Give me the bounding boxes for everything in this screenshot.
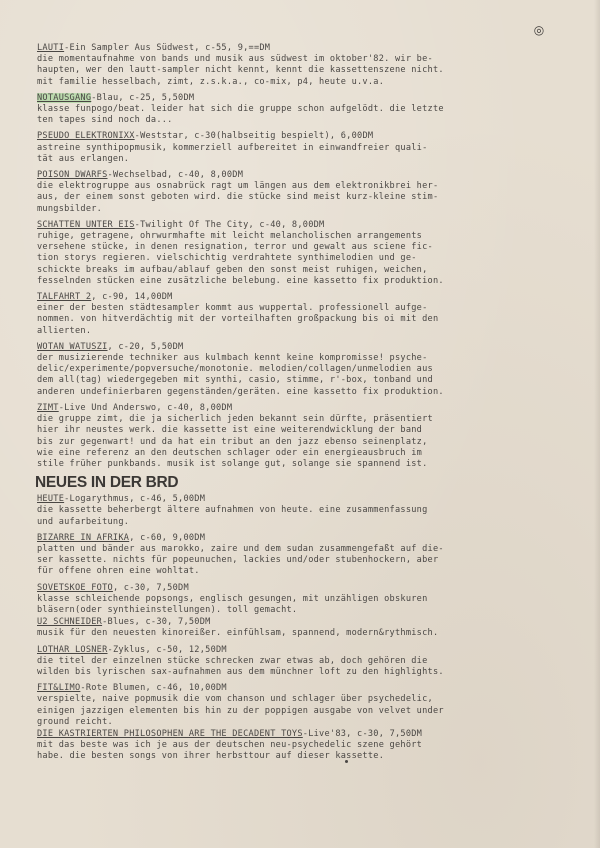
description-line: habe. die besten songs von ihrer herbstt… (37, 751, 577, 762)
artist-name: TALFAHRT 2 (37, 292, 91, 302)
entry-heading: ZIMT-Live Und Anderswo, c-40, 8,00DM (37, 403, 577, 414)
scanned-page: ◎ LAUTI-Ein Sampler Aus Südwest, c-55, 9… (0, 0, 600, 848)
entry-heading: POISON DWARFS-Wechselbad, c-40, 8,00DM (37, 170, 577, 181)
entry-heading: LOTHAR LOSNER-Zyklus, c-50, 12,50DM (37, 645, 577, 656)
artist-name: PSEUDO ELEKTRONIXX (37, 131, 135, 141)
entry-heading: DIE KASTRIERTEN PHILOSOPHEN ARE THE DECA… (37, 729, 577, 740)
description-line: und aufarbeitung. (37, 517, 577, 528)
entry-heading: SOVETSKOE FOTO, c-30, 7,50DM (37, 583, 577, 594)
entry-heading: FIT&LIMO-Rote Blumen, c-46, 10,00DM (37, 683, 577, 694)
description-line: die gruppe zimt, die ja sicherlich jeden… (37, 414, 577, 425)
entry-heading: U2 SCHNEIDER-Blues, c-30, 7,50DM (37, 617, 577, 628)
page-number-mark: ◎ (532, 24, 546, 36)
cassette-entry: PSEUDO ELEKTRONIXX-Weststar, c-30(halbse… (37, 131, 577, 165)
cassette-entry: DIE KASTRIERTEN PHILOSOPHEN ARE THE DECA… (37, 729, 577, 763)
description-line: der musizierende techniker aus kulmbach … (37, 353, 577, 364)
description-line: astreine synthipopmusik, kommerziell auf… (37, 143, 577, 154)
description-line: verspielte, naive popmusik die vom chans… (37, 694, 577, 705)
release-details: -Live Und Anderswo, c-40, 8,00DM (59, 403, 233, 413)
release-details: -Zyklus, c-50, 12,50DM (108, 645, 227, 655)
description-line: hier ihr neustes werk. die kassette ist … (37, 425, 577, 436)
description-line: mit das beste was ich je aus der deutsch… (37, 740, 577, 751)
artist-name: BIZARRE IN AFRIKA (37, 533, 129, 543)
release-details: -Logarythmus, c-46, 5,00DM (64, 494, 205, 504)
entry-heading: PSEUDO ELEKTRONIXX-Weststar, c-30(halbse… (37, 131, 577, 142)
description-line: aus, der einem sonst geboten wird. die s… (37, 192, 577, 203)
description-line: versehene stücke, in denen resignation, … (37, 242, 577, 253)
cassette-list: LAUTI-Ein Sampler Aus Südwest, c-55, 9,=… (37, 43, 577, 470)
description-line: bläsern(oder synthieinstellungen). toll … (37, 605, 577, 616)
catalog-content: LAUTI-Ein Sampler Aus Südwest, c-55, 9,=… (37, 43, 577, 768)
description-line: anderen undefinierbaren gegenständen/ger… (37, 387, 577, 398)
entry-heading: HEUTE-Logarythmus, c-46, 5,00DM (37, 494, 577, 505)
section-title: NEUES IN DER BRD (35, 475, 577, 491)
entry-heading: TALFAHRT 2, c-90, 14,00DM (37, 292, 577, 303)
release-details: -Blau, c-25, 5,50DM (91, 93, 194, 103)
release-details: , c-20, 5,50DM (108, 342, 184, 352)
entry-heading: SCHATTEN UNTER EIS-Twilight Of The City,… (37, 220, 577, 231)
description-line: für offene ohren eine wohltat. (37, 566, 577, 577)
release-details: , c-30, 7,50DM (113, 583, 189, 593)
description-line: schickte breaks im aufbau/ablauf geben d… (37, 265, 577, 276)
entry-heading: NOTAUSGANG-Blau, c-25, 5,50DM (37, 93, 577, 104)
artist-name: U2 SCHNEIDER (37, 617, 102, 627)
entry-heading: LAUTI-Ein Sampler Aus Südwest, c-55, 9,=… (37, 43, 577, 54)
artist-name: SCHATTEN UNTER EIS (37, 220, 135, 230)
artist-name: DIE KASTRIERTEN PHILOSOPHEN ARE THE DECA… (37, 729, 303, 739)
release-details: -Wechselbad, c-40, 8,00DM (108, 170, 244, 180)
cassette-entry: NOTAUSGANG-Blau, c-25, 5,50DMklasse funp… (37, 93, 577, 127)
page-edge-shadow (594, 0, 600, 848)
release-details: -Blues, c-30, 7,50DM (102, 617, 210, 627)
description-line: die kassette beherbergt ältere aufnahmen… (37, 505, 577, 516)
description-line: allierten. (37, 326, 577, 337)
description-line: dem all(tag) wiedergegeben mit synthi, c… (37, 375, 577, 386)
cassette-entry: LAUTI-Ein Sampler Aus Südwest, c-55, 9,=… (37, 43, 577, 88)
description-line: die momentaufnahme von bands und musik a… (37, 54, 577, 65)
description-line: fesselnden stücken eine zusätzliche bele… (37, 276, 577, 287)
artist-name: SOVETSKOE FOTO (37, 583, 113, 593)
release-details: -Weststar, c-30(halbseitig bespielt), 6,… (135, 131, 374, 141)
ink-dot (345, 760, 348, 763)
description-line: platten und bänder aus marokko, zaire un… (37, 544, 577, 555)
description-line: bis zur gegenwart! und da hat ein tribut… (37, 437, 577, 448)
artist-name: NOTAUSGANG (37, 93, 91, 103)
cassette-entry: TALFAHRT 2, c-90, 14,00DMeiner der beste… (37, 292, 577, 337)
description-line: wie eine referenz an den deutschen schla… (37, 448, 577, 459)
description-line: klasse schleichende popsongs, englisch g… (37, 594, 577, 605)
release-details: -Twilight Of The City, c-40, 8,00DM (135, 220, 325, 230)
release-details: , c-60, 9,00DM (129, 533, 205, 543)
description-line: tät aus erlangen. (37, 154, 577, 165)
description-line: wilden bis lyrischen sax-aufnahmen aus d… (37, 667, 577, 678)
artist-name: FIT&LIMO (37, 683, 80, 693)
artist-name: WOTAN WATUSZI (37, 342, 108, 352)
release-details: -Ein Sampler Aus Südwest, c-55, 9,==DM (64, 43, 270, 53)
description-line: musik für den neuesten kinoreißer. einfü… (37, 628, 577, 639)
cassette-entry: ZIMT-Live Und Anderswo, c-40, 8,00DMdie … (37, 403, 577, 470)
cassette-entry: SCHATTEN UNTER EIS-Twilight Of The City,… (37, 220, 577, 287)
description-line: ruhige, getragene, ohrwurmhafte mit leic… (37, 231, 577, 242)
description-line: die elektrogruppe aus osnabrück ragt um … (37, 181, 577, 192)
description-line: die titel der einzelnen stücke schrecken… (37, 656, 577, 667)
cassette-entry: BIZARRE IN AFRIKA, c-60, 9,00DMplatten u… (37, 533, 577, 578)
cassette-entry: HEUTE-Logarythmus, c-46, 5,00DMdie kasse… (37, 494, 577, 528)
cassette-entry: WOTAN WATUSZI, c-20, 5,50DMder musiziere… (37, 342, 577, 398)
highlighted-heading: NOTAUSGANG (37, 93, 91, 103)
description-line: ground reicht. (37, 717, 577, 728)
cassette-entry: POISON DWARFS-Wechselbad, c-40, 8,00DMdi… (37, 170, 577, 215)
artist-name: ZIMT (37, 403, 59, 413)
description-line: einer der besten städtesampler kommt aus… (37, 303, 577, 314)
brd-cassette-list: HEUTE-Logarythmus, c-46, 5,00DMdie kasse… (37, 494, 577, 762)
cassette-entry: U2 SCHNEIDER-Blues, c-30, 7,50DMmusik fü… (37, 617, 577, 639)
release-details: , c-90, 14,00DM (91, 292, 172, 302)
entry-heading: BIZARRE IN AFRIKA, c-60, 9,00DM (37, 533, 577, 544)
release-details: -Rote Blumen, c-46, 10,00DM (80, 683, 226, 693)
description-line: ten tapes sind noch da... (37, 115, 577, 126)
description-line: haupten, wer den lautt-sampler nicht ken… (37, 65, 577, 76)
cassette-entry: SOVETSKOE FOTO, c-30, 7,50DMklasse schle… (37, 583, 577, 617)
description-line: mungsbilder. (37, 204, 577, 215)
description-line: ser kassette. nichts für popeunuchen, la… (37, 555, 577, 566)
artist-name: LOTHAR LOSNER (37, 645, 108, 655)
description-line: klasse funpogo/beat. leider hat sich die… (37, 104, 577, 115)
description-line: stile früher punkbands. musik ist solang… (37, 459, 577, 470)
cassette-entry: LOTHAR LOSNER-Zyklus, c-50, 12,50DMdie t… (37, 645, 577, 679)
artist-name: LAUTI (37, 43, 64, 53)
artist-name: HEUTE (37, 494, 64, 504)
description-line: nommen. von hitverdächtig mit der vortei… (37, 314, 577, 325)
description-line: mit familie hesselbach, zimt, z.s.k.a., … (37, 77, 577, 88)
entry-heading: WOTAN WATUSZI, c-20, 5,50DM (37, 342, 577, 353)
description-line: tion storys regieren. vielschichtig verd… (37, 253, 577, 264)
release-details: -Live'83, c-30, 7,50DM (303, 729, 422, 739)
artist-name: POISON DWARFS (37, 170, 108, 180)
cassette-entry: FIT&LIMO-Rote Blumen, c-46, 10,00DMversp… (37, 683, 577, 728)
description-line: delic/experimente/popversuche/monotonie.… (37, 364, 577, 375)
description-line: einigen jazzigen elementen bis hin zu de… (37, 706, 577, 717)
